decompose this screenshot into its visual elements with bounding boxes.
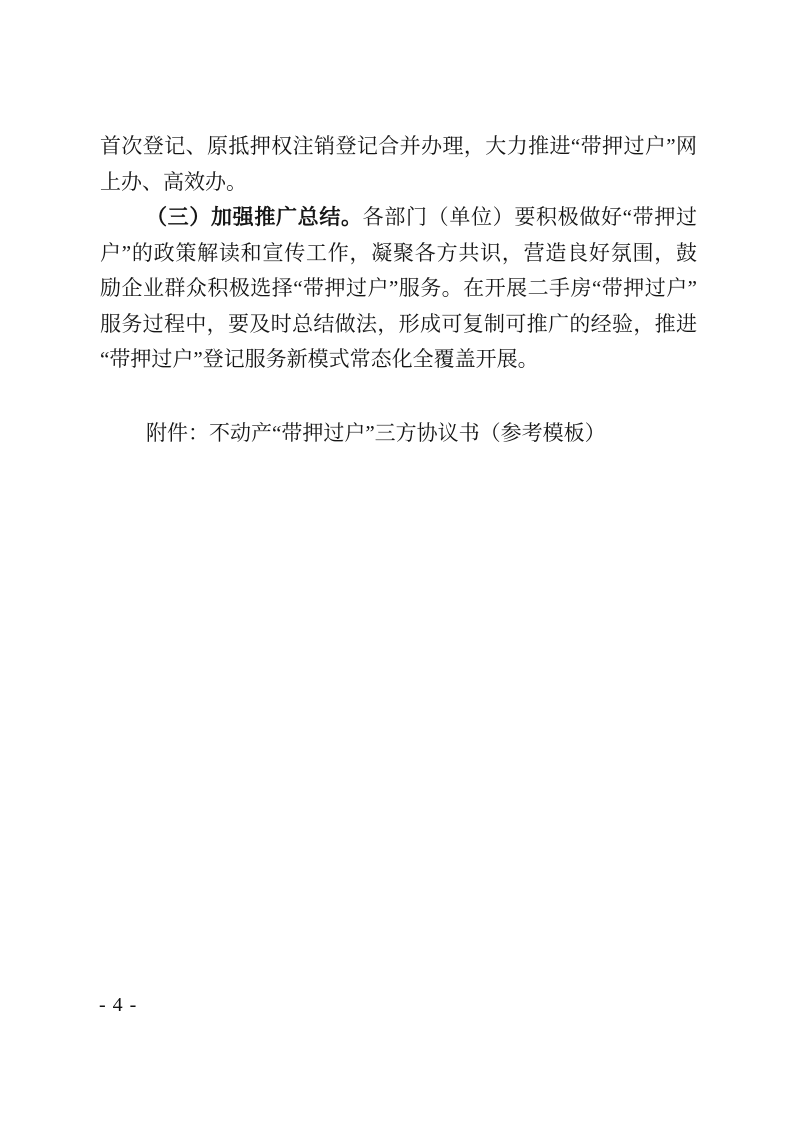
paragraph-continuation: 首次登记、原抵押权注销登记合并办理，大力推进“带押过户”网上办、高效办。 [100, 129, 697, 200]
page-number: - 4 - [99, 994, 137, 1017]
attachment-line: 附件：不动产“带押过户”三方协议书（参考模板） [100, 416, 697, 452]
section-3-heading: （三）加强推广总结。 [146, 206, 363, 229]
section-3-body: 各部门（单位）要积极做好“带押过户”的政策解读和宣传工作，凝聚各方共识，营造良好… [100, 205, 697, 371]
document-body: 首次登记、原抵押权注销登记合并办理，大力推进“带押过户”网上办、高效办。 （三）… [100, 129, 697, 451]
document-page: 首次登记、原抵押权注销登记合并办理，大力推进“带押过户”网上办、高效办。 （三）… [0, 0, 793, 1122]
paragraph-section-3: （三）加强推广总结。各部门（单位）要积极做好“带押过户”的政策解读和宣传工作，凝… [100, 200, 697, 378]
